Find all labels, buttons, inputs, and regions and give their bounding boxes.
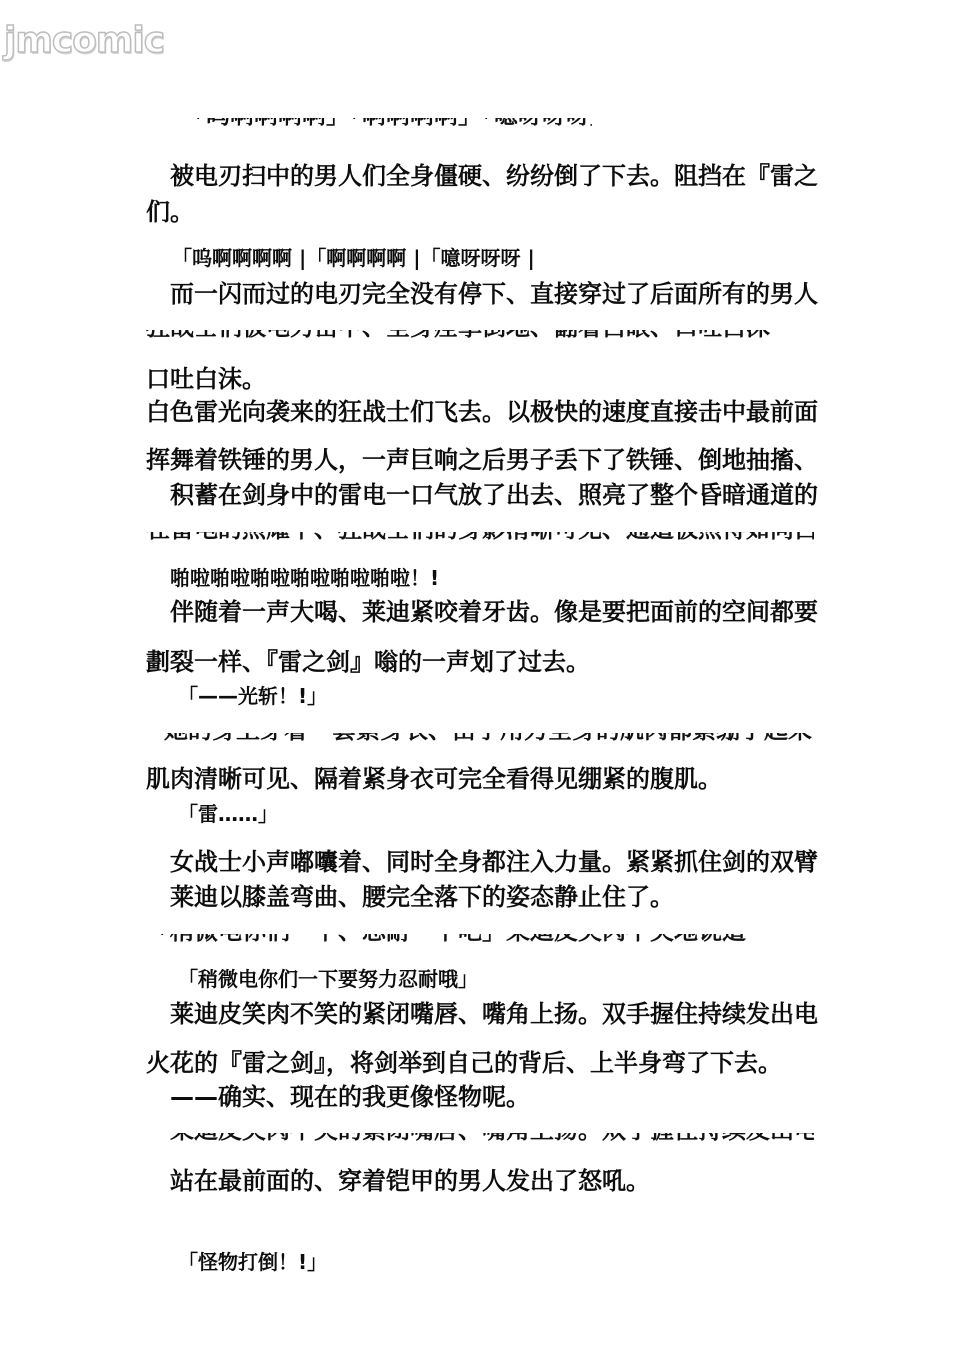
text-line: 站在最前面的、穿着铠甲的男人发出了怒吼。 — [170, 1167, 650, 1195]
dialogue-line: 「稍微电你们一下要努力忍耐哦」 — [178, 967, 478, 991]
text-line: 被电刃扫中的男人们全身僵硬、纷纷倒了下去。阻挡在『雷之 — [170, 162, 818, 190]
dialogue-line: 「怪物打倒！!」 — [178, 1250, 327, 1274]
text-line: 劃裂一样、『雷之剑』嗡的一声划了过去。 — [146, 648, 590, 676]
text-line: 火花的『雷之剑』，将剑举到自己的背后、上半身弯了下去。 — [146, 1049, 782, 1077]
dialogue-line: 「——光斩！!」 — [178, 684, 327, 708]
text-line: 莱迪皮笑肉不笑的紧闭嘴唇、嘴角上扬。双手握住持续发出电 — [170, 1000, 818, 1028]
text-line: 口吐白沫。 — [146, 365, 266, 393]
text-line: 们。 — [146, 198, 194, 226]
clipped-text-line: 「稍微电你们一下、忍耐一下吧」莱迪皮笑肉不笑地说道 — [146, 934, 770, 943]
clipped-text-line: 她的身上穿着一套紧身衣、由于用力全身的肌肉都紧绷了起来 — [164, 733, 814, 743]
clipped-text-line: 在雷电的照耀下、狂战士们的身影清晰可见、通道被照得如同白昼 — [146, 532, 814, 542]
text-line: 而一闪而过的电刃完全没有停下、直接穿过了后面所有的男人 — [170, 280, 818, 308]
dialogue-line: 「雷……」 — [178, 802, 278, 826]
text-line: 莱迪以膝盖弯曲、腰完全落下的姿态静止住了。 — [170, 883, 674, 911]
jmcomic-watermark-logo: jmcomic — [4, 20, 164, 61]
text-line: 挥舞着铁锤的男人，一声巨响之后男子丢下了铁锤、倒地抽搐、 — [146, 446, 818, 474]
clipped-text-line: 狂战士们被电刃击中、全身痉挛倒地、翻着白眼、口吐白沫 — [146, 330, 810, 342]
text-line: 白色雷光向袭来的狂战士们飞去。以极快的速度直接击中最前面 — [146, 398, 818, 426]
clipped-text-line: 「呜啊啊啊啊」「啊啊啊啊」「噫呀呀呀」 — [182, 118, 592, 132]
text-line: 肌肉清晰可见、隔着紧身衣可完全看得见绷紧的腹肌。 — [146, 765, 722, 793]
text-line: 女战士小声嘟囔着、同时全身都注入力量。紧紧抓住剑的双臂 — [170, 848, 818, 876]
text-line: 积蓄在剑身中的雷电一口气放了出去、照亮了整个昏暗通道的 — [170, 481, 818, 509]
text-line: ——确实、现在的我更像怪物呢。 — [170, 1083, 530, 1111]
sound-effect-line: 啪啦啪啦啪啦啪啦啪啦啪啦！! — [170, 566, 439, 590]
clipped-text-line: 莱迪皮笑肉不笑的紧闭嘴唇、嘴角上扬。双手握住持续发出电 — [170, 1133, 814, 1142]
dialogue-line: 「呜啊啊啊啊 |「啊啊啊啊 |「噫呀呀呀 | — [172, 246, 535, 270]
text-line: 伴随着一声大喝、莱迪紧咬着牙齿。像是要把面前的空间都要 — [170, 598, 818, 626]
